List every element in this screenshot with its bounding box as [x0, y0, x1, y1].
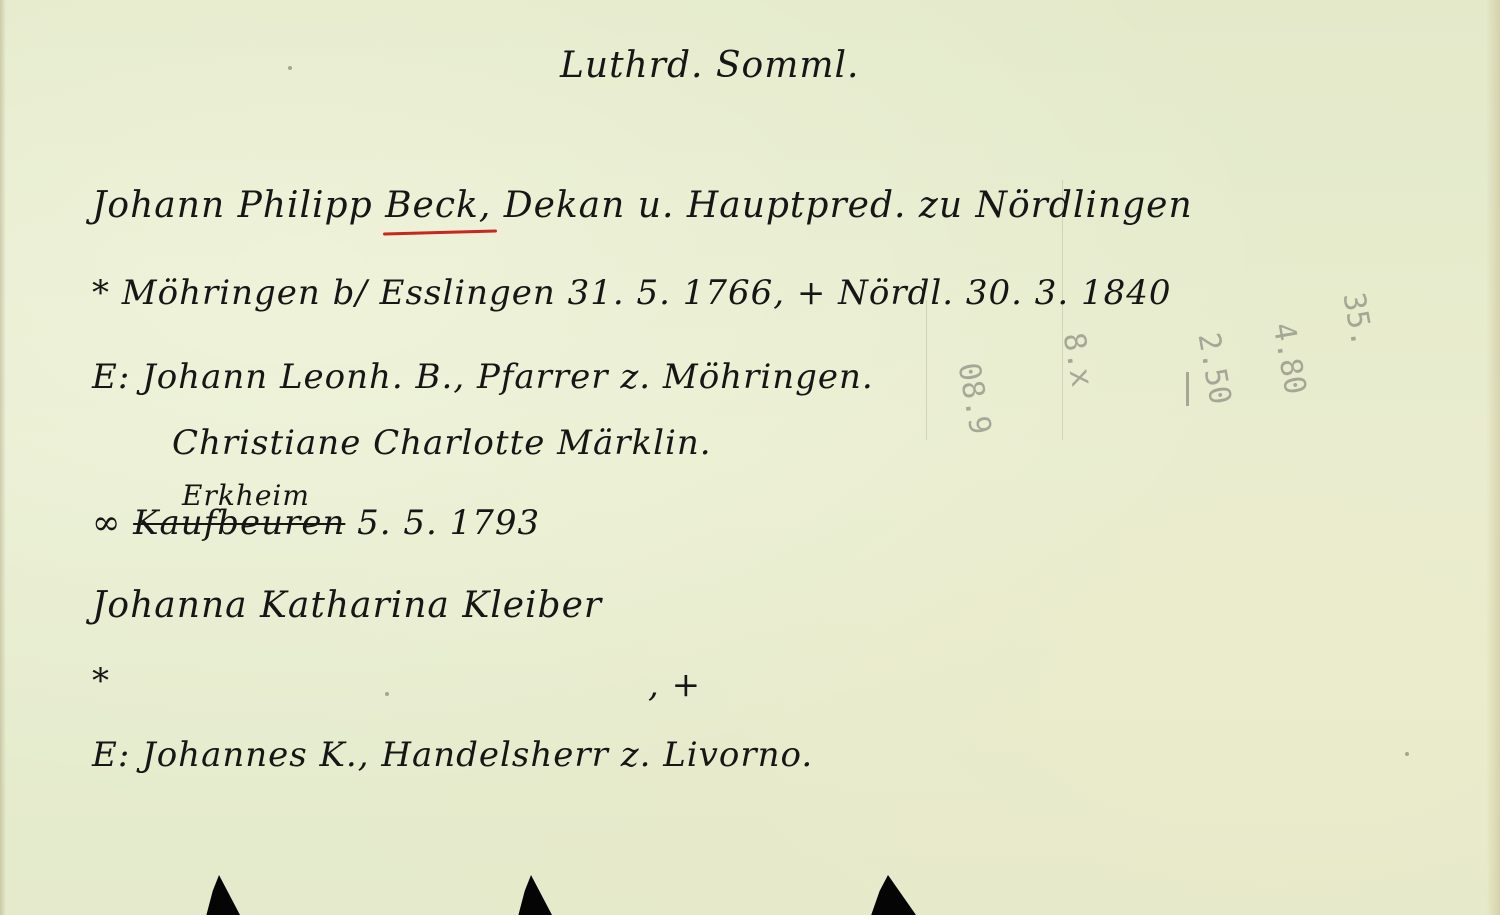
marriage-symbol: ∞ [92, 503, 121, 543]
marriage-line: ∞ Kaufbeuren 5. 5. 1793 [92, 506, 540, 540]
mother-line: Christiane Charlotte Märklin. [172, 426, 712, 460]
paper-speck [288, 66, 292, 70]
pencil-mark [1186, 372, 1189, 406]
index-card: Luthrd. Somml. Johann Philipp Beck, Deka… [0, 0, 1500, 915]
subject-title: , Dekan u. Hauptpred. zu Nördlingen [479, 185, 1193, 226]
red-underline [383, 230, 497, 236]
card-heading: Luthrd. Somml. [560, 48, 859, 84]
subject-given-names: Johann Philipp [92, 185, 373, 226]
marriage-date: 5. 5. 1793 [357, 503, 540, 543]
torn-edge-notch [860, 875, 916, 915]
torn-edge-notch [198, 875, 240, 915]
subject-name-line: Johann Philipp Beck, Dekan u. Hauptpred.… [92, 188, 1193, 224]
father-line: E: Johann Leonh. B., Pfarrer z. Möhringe… [92, 360, 874, 394]
spouse-death-marker: , + [648, 668, 701, 702]
torn-edge-notch [510, 875, 552, 915]
paper-speck [1405, 752, 1409, 756]
spouse-father-line: E: Johannes K., Handelsherr z. Livorno. [92, 738, 813, 772]
marriage-place-struck: Kaufbeuren [133, 503, 345, 543]
card-fold-line [926, 300, 927, 440]
birth-death-line: * Möhringen b/ Esslingen 31. 5. 1766, + … [92, 276, 1172, 310]
pencil-note: 35. [1336, 290, 1380, 349]
spouse-name-line: Johanna Katharina Kleiber [92, 588, 602, 624]
pencil-note: 08.9 [951, 360, 998, 437]
pencil-note: 2.50 [1191, 330, 1238, 407]
spouse-birth-marker: * [92, 664, 110, 698]
pencil-note: 4.80 [1266, 320, 1313, 397]
subject-surname: Beck [385, 188, 479, 224]
paper-speck [385, 692, 389, 696]
